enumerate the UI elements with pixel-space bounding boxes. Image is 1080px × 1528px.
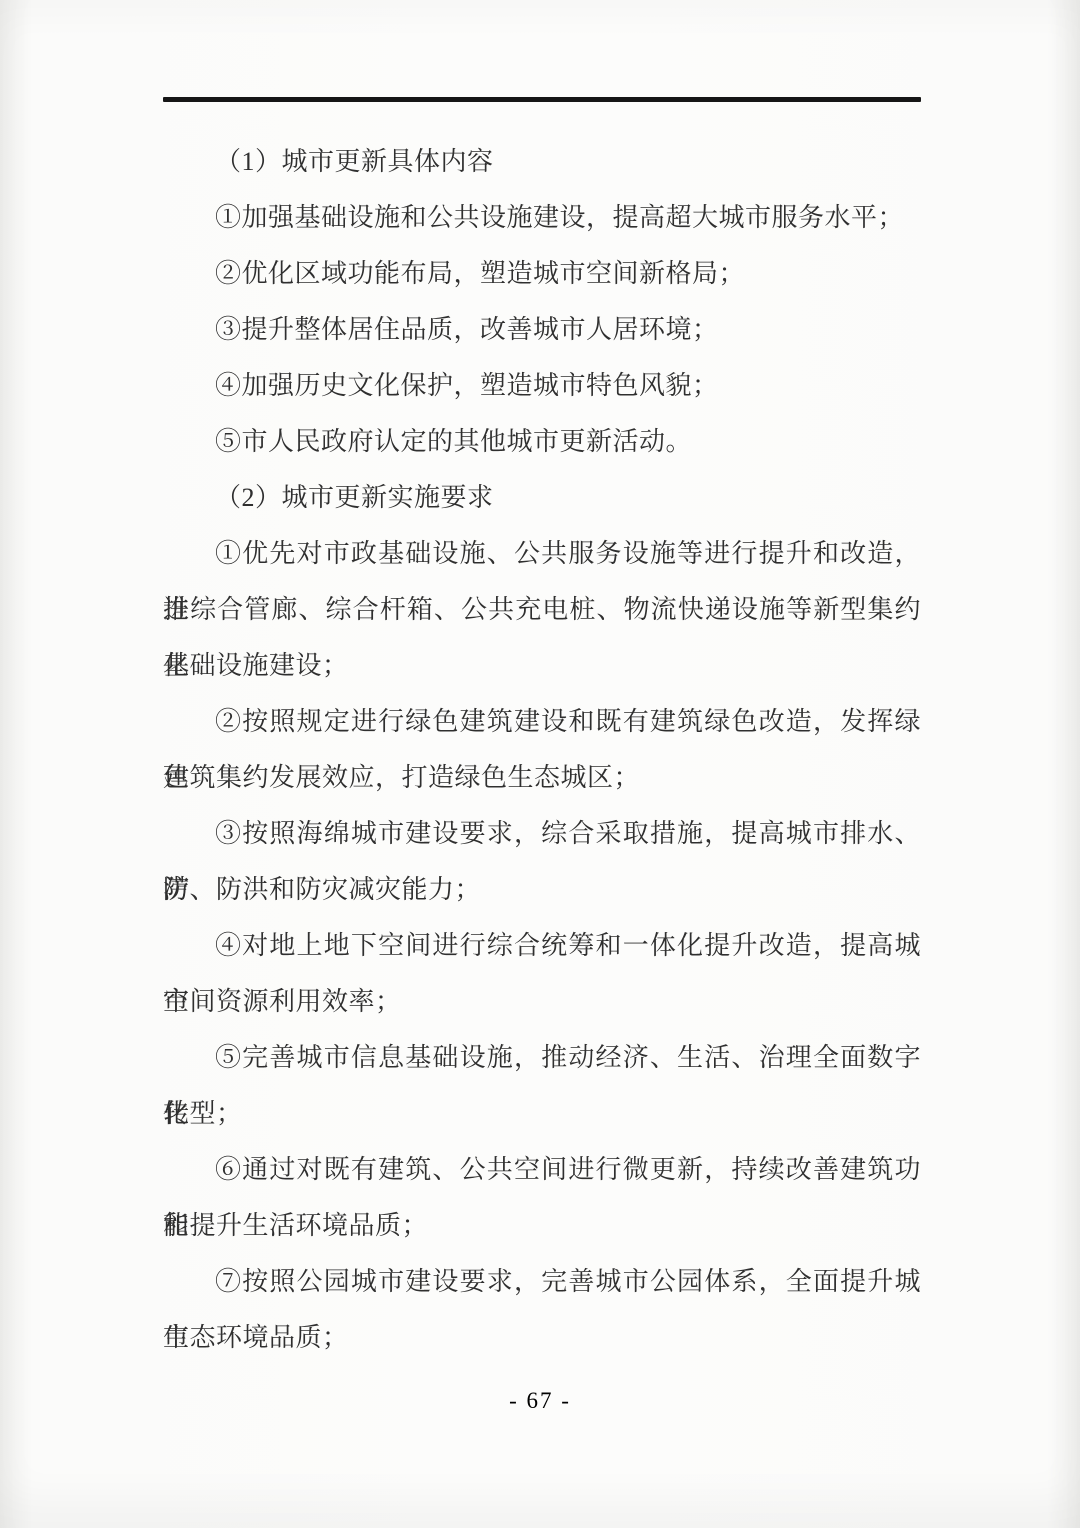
item-1-infrastructure: ①加强基础设施和公共设施建设，提高超大城市服务水平； xyxy=(163,190,921,246)
text-line: （1）城市更新具体内容 xyxy=(163,134,921,190)
page-footer: - 67 - xyxy=(0,1388,1080,1414)
req-5-digital-transformation: ⑤完善城市信息基础设施，推动经济、生活、治理全面数字化转型； xyxy=(163,1030,921,1142)
page-number: - 67 - xyxy=(509,1388,571,1413)
text-line: ⑤市人民政府认定的其他城市更新活动。 xyxy=(163,414,921,470)
text-line: ⑦按照公园城市建设要求，完善城市公园体系，全面提升城市 xyxy=(163,1254,921,1310)
text-line: 进综合管廊、综合杆箱、公共充电桩、物流快递设施等新型集约化 xyxy=(163,582,921,638)
heading-implementation-requirements: （2）城市更新实施要求 xyxy=(163,470,921,526)
text-line: ⑤完善城市信息基础设施，推动经济、生活、治理全面数字化 xyxy=(163,1030,921,1086)
req-6-micro-renewal: ⑥通过对既有建筑、公共空间进行微更新，持续改善建筑功能和提升生活环境品质； xyxy=(163,1142,921,1254)
text-line: ④加强历史文化保护，塑造城市特色风貌； xyxy=(163,358,921,414)
text-line: 基础设施建设； xyxy=(163,638,921,694)
document-body: （1）城市更新具体内容①加强基础设施和公共设施建设，提高超大城市服务水平；②优化… xyxy=(163,134,921,1366)
req-1-municipal-infrastructure: ①优先对市政基础设施、公共服务设施等进行提升和改造，推进综合管廊、综合杆箱、公共… xyxy=(163,526,921,694)
item-3-living-quality: ③提升整体居住品质，改善城市人居环境； xyxy=(163,302,921,358)
text-line: 建筑集约发展效应，打造绿色生态城区； xyxy=(163,750,921,806)
text-line: ⑥通过对既有建筑、公共空间进行微更新，持续改善建筑功能 xyxy=(163,1142,921,1198)
text-line: ①加强基础设施和公共设施建设，提高超大城市服务水平； xyxy=(163,190,921,246)
heading-city-renewal-content: （1）城市更新具体内容 xyxy=(163,134,921,190)
item-2-regional-layout: ②优化区域功能布局，塑造城市空间新格局； xyxy=(163,246,921,302)
text-line: （2）城市更新实施要求 xyxy=(163,470,921,526)
item-5-other-activities: ⑤市人民政府认定的其他城市更新活动。 xyxy=(163,414,921,470)
req-7-park-city: ⑦按照公园城市建设要求，完善城市公园体系，全面提升城市生态环境品质； xyxy=(163,1254,921,1366)
text-line: ④对地上地下空间进行综合统筹和一体化提升改造，提高城市 xyxy=(163,918,921,974)
text-line: 涝、防洪和防灾减灾能力； xyxy=(163,862,921,918)
req-2-green-building: ②按照规定进行绿色建筑建设和既有建筑绿色改造，发挥绿色建筑集约发展效应，打造绿色… xyxy=(163,694,921,806)
text-line: ③提升整体居住品质，改善城市人居环境； xyxy=(163,302,921,358)
text-line: ①优先对市政基础设施、公共服务设施等进行提升和改造，推 xyxy=(163,526,921,582)
document-page: （1）城市更新具体内容①加强基础设施和公共设施建设，提高超大城市服务水平；②优化… xyxy=(0,0,1080,1528)
text-line: ③按照海绵城市建设要求，综合采取措施，提高城市排水、防 xyxy=(163,806,921,862)
text-line: 和提升生活环境品质； xyxy=(163,1198,921,1254)
header-rule xyxy=(163,97,921,102)
item-4-historic-protection: ④加强历史文化保护，塑造城市特色风貌； xyxy=(163,358,921,414)
text-line: 生态环境品质； xyxy=(163,1310,921,1366)
req-4-space-coordination: ④对地上地下空间进行综合统筹和一体化提升改造，提高城市空间资源利用效率； xyxy=(163,918,921,1030)
text-line: ②按照规定进行绿色建筑建设和既有建筑绿色改造，发挥绿色 xyxy=(163,694,921,750)
req-3-sponge-city: ③按照海绵城市建设要求，综合采取措施，提高城市排水、防涝、防洪和防灾减灾能力； xyxy=(163,806,921,918)
text-line: 空间资源利用效率； xyxy=(163,974,921,1030)
text-line: 转型； xyxy=(163,1086,921,1142)
text-line: ②优化区域功能布局，塑造城市空间新格局； xyxy=(163,246,921,302)
